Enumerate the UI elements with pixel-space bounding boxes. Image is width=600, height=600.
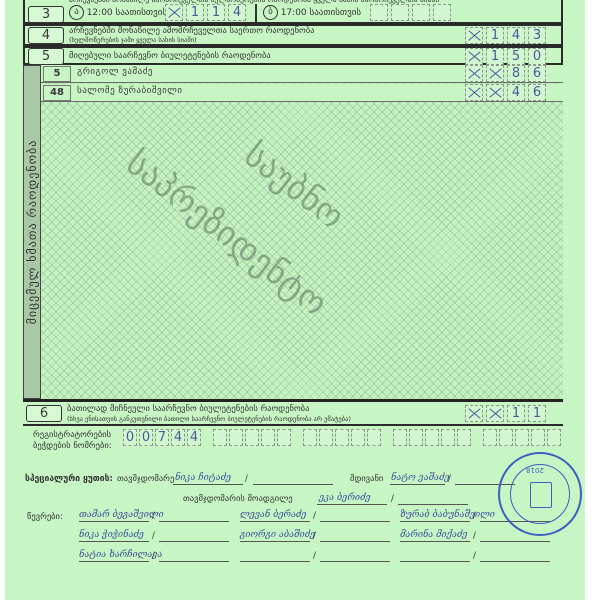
digit-cell[interactable]: 7 — [155, 429, 169, 446]
member-name: თამარ ბეგაშვილი — [79, 510, 164, 520]
row-4: 4 არჩევნებში მონაწილე ამომრჩეველთა საერთ… — [23, 24, 563, 46]
digit-cell[interactable] — [457, 429, 471, 446]
row-3-a: ა 12:00 საათისთვის — [69, 5, 167, 20]
signature-line — [480, 561, 550, 562]
signature-line — [400, 541, 470, 542]
stamp-number-group — [483, 429, 561, 446]
slash: / — [313, 511, 316, 521]
slash: / — [473, 551, 476, 561]
signature-line — [79, 561, 149, 562]
digit-cell[interactable]: 4 — [507, 84, 525, 101]
digit-cell[interactable]: 1 — [486, 27, 504, 44]
digit-cell[interactable] — [465, 27, 483, 44]
digit-cell[interactable] — [441, 429, 455, 446]
digit-cell[interactable] — [515, 429, 529, 446]
registrars-label-line1: რეგისტრატორების — [33, 430, 112, 441]
signature-line — [240, 541, 310, 542]
digit-cell[interactable] — [351, 429, 365, 446]
member-name: ნიკა ჭიჭინაძე — [79, 530, 144, 540]
row-3: 3 არჩევნებში მონაწილე ამომრჩეველთა ხელმო… — [23, 0, 563, 24]
slash: / — [473, 511, 476, 521]
candidate-number: 48 — [43, 85, 71, 101]
row-6-label: ბათილად მიჩნეული საარჩევნო ბიულეტენების … — [67, 404, 309, 414]
signature-line — [400, 521, 470, 522]
digit-cell[interactable] — [229, 429, 243, 446]
row-number: 3 — [28, 6, 64, 23]
registrar-stamp-numbers: 00744 — [123, 429, 561, 446]
digit-cell[interactable]: 3 — [528, 27, 546, 44]
slash: / — [391, 494, 394, 504]
digit-cell[interactable] — [261, 429, 275, 446]
signature-line — [398, 504, 468, 505]
row-6: 6 ბათილად მიჩნეული საარჩევნო ბიულეტენები… — [23, 404, 563, 426]
divider — [255, 4, 257, 22]
slash: / — [473, 531, 476, 541]
member-name: ნატია ხარჩილავა — [79, 550, 162, 560]
stamp-year: 2018 — [526, 466, 544, 474]
slash: / — [313, 531, 316, 541]
digit-cell[interactable] — [486, 84, 504, 101]
digit-cell[interactable]: 0 — [123, 429, 137, 446]
marker-b: ბ — [263, 5, 278, 20]
digit-cell[interactable] — [425, 429, 439, 446]
time-17-label: 17:00 საათისთვის — [281, 8, 361, 18]
row-4-label: არჩევნებში მონაწილე ამომრჩეველთა საერთო … — [69, 26, 314, 36]
votes-vertical-label: მიცემულ ხმათა რაოდენობა — [23, 65, 41, 399]
slash: / — [152, 531, 155, 541]
candidate-name: სალომე ზურაბიშვილი — [77, 86, 183, 96]
digit-cell[interactable] — [547, 429, 561, 446]
candidate-votes: 4 6 — [465, 84, 546, 101]
signature-line — [79, 541, 149, 542]
digit-cell[interactable]: 4 — [507, 27, 525, 44]
secretary-label: მდივანი — [350, 474, 383, 484]
row-6-digits: 1 1 — [465, 405, 546, 422]
digit-cell[interactable] — [393, 429, 407, 446]
digit-cell[interactable] — [433, 4, 451, 21]
slash: / — [448, 474, 451, 484]
row-3-b-digits — [370, 4, 451, 21]
digit-cell[interactable] — [245, 429, 259, 446]
official-stamp: 2018 — [498, 452, 582, 536]
candidates-area: საპრეზიდენტო საუბნო 5 გრიგოლ ვაშაძე 8 6 … — [41, 65, 563, 399]
candidate-row: 48 სალომე ზურაბიშვილი 4 6 — [41, 84, 563, 102]
digit-cell[interactable] — [412, 4, 430, 21]
chair-name: ნიკა ჩიტაძე — [175, 473, 231, 483]
digit-cell[interactable] — [465, 84, 483, 101]
row-3-a-digits: 1 1 4 — [165, 4, 246, 21]
digit-cell[interactable] — [213, 429, 227, 446]
signature-line — [159, 561, 229, 562]
stamp-number-group: 00744 — [123, 429, 201, 446]
digit-cell[interactable]: 6 — [528, 65, 546, 82]
digit-cell[interactable] — [465, 405, 483, 422]
stamp-number-group — [213, 429, 291, 446]
digit-cell[interactable] — [367, 429, 381, 446]
digit-cell[interactable]: 1 — [507, 405, 525, 422]
registrars-label-line2: ბეჭდების ნომრები: — [33, 441, 112, 452]
secretary-name: ნატო ვაშაძე — [391, 473, 449, 483]
signature-line — [317, 504, 387, 505]
digit-cell[interactable]: 5 — [507, 48, 525, 65]
digit-cell[interactable]: 1 — [486, 48, 504, 65]
slash: / — [152, 551, 155, 561]
vertical-label-text: მიცემულ ხმათა რაოდენობა — [25, 140, 39, 325]
row-number: 5 — [28, 48, 64, 65]
digit-cell[interactable] — [303, 429, 317, 446]
row-number: 4 — [28, 27, 64, 44]
signature-line — [159, 541, 229, 542]
row-number: 6 — [26, 405, 62, 422]
digit-cell[interactable] — [486, 405, 504, 422]
digit-cell[interactable]: 4 — [228, 4, 246, 21]
signature-line — [79, 521, 149, 522]
candidate-name: გრიგოლ ვაშაძე — [77, 67, 153, 77]
digit-cell[interactable] — [499, 429, 513, 446]
digit-cell[interactable]: 4 — [187, 429, 201, 446]
row-5: 5 მიღებული საარჩევნო ბიულეტენების რაოდენ… — [23, 46, 563, 66]
signature-line — [320, 521, 390, 522]
digit-cell[interactable] — [465, 65, 483, 82]
digit-cell[interactable]: 8 — [507, 65, 525, 82]
row-3-b: ბ 17:00 საათისთვის — [263, 5, 361, 20]
digit-cell[interactable]: 1 — [207, 4, 225, 21]
digit-cell[interactable] — [531, 429, 545, 446]
digit-cell[interactable] — [319, 429, 333, 446]
member-name: გიორგი აბაშიძე — [240, 530, 315, 540]
row-6-sublabel: (სხვა ენისათვის განკუთვნილი ბათილი საარჩ… — [67, 415, 351, 423]
stamp-number-group — [393, 429, 471, 446]
signature-line — [320, 541, 390, 542]
row-4-digits: 1 4 3 — [465, 27, 546, 44]
digit-cell[interactable] — [483, 429, 497, 446]
candidate-row: 5 გრიგოლ ვაშაძე 8 6 — [41, 65, 563, 83]
row-4-sublabel: (ხელმოწერების ჯამი ყველა სახის სიაში) — [69, 36, 197, 44]
digit-cell[interactable] — [335, 429, 349, 446]
members-label: წევრები: — [27, 512, 63, 522]
signature-line — [400, 561, 470, 562]
row-5-digits: 1 5 0 — [465, 48, 546, 65]
deputy-label: თავმჯდომარის მოადგილე — [183, 494, 293, 504]
signature-line — [480, 541, 550, 542]
digit-cell[interactable] — [165, 4, 183, 21]
member-name: ზურაბ ბაბუნაშვილი — [400, 510, 495, 520]
slash: / — [245, 474, 248, 484]
time-12-label: 12:00 საათისთვის — [87, 8, 167, 18]
marker-a: ა — [69, 5, 84, 20]
row-5-label: მიღებული საარჩევნო ბიულეტენების რაოდენობ… — [69, 51, 271, 61]
coat-of-arms-icon — [530, 482, 552, 508]
signature-line — [240, 561, 310, 562]
digit-cell[interactable]: 0 — [139, 429, 153, 446]
digit-cell[interactable] — [486, 65, 504, 82]
stamp-number-group — [303, 429, 381, 446]
digit-cell[interactable] — [391, 4, 409, 21]
slash: / — [313, 551, 316, 561]
signature-line — [173, 484, 243, 485]
slash: / — [152, 511, 155, 521]
candidate-votes: 8 6 — [465, 65, 546, 82]
digit-cell[interactable]: 4 — [171, 429, 185, 446]
digit-cell[interactable] — [277, 429, 291, 446]
digit-cell[interactable]: 1 — [186, 4, 204, 21]
signature-line — [253, 484, 333, 485]
digit-cell[interactable] — [465, 48, 483, 65]
signature-line — [159, 521, 229, 522]
signature-line — [240, 521, 310, 522]
section-divider — [23, 399, 563, 402]
digit-cell[interactable]: 1 — [528, 405, 546, 422]
member-name: ლევან ბერაძე — [240, 510, 306, 520]
digit-cell[interactable] — [409, 429, 423, 446]
registrars-label: რეგისტრატორების ბეჭდების ნომრები: — [33, 430, 112, 452]
chair-label: თავმჯდომარე — [117, 474, 174, 484]
digit-cell[interactable] — [370, 4, 388, 21]
signature-line — [390, 484, 445, 485]
signature-line — [320, 561, 390, 562]
digit-cell[interactable]: 0 — [528, 48, 546, 65]
commission-title: სპეციალური ყუთის: — [25, 474, 113, 484]
digit-cell[interactable]: 6 — [528, 84, 546, 101]
deputy-name: ეკა ბერიძე — [319, 493, 370, 503]
member-name: მარინა მიქაძე — [400, 530, 467, 540]
watermark-precinct: საუბნო — [236, 135, 351, 237]
candidate-number: 5 — [43, 66, 71, 82]
protocol-sheet: 3 არჩევნებში მონაწილე ამომრჩეველთა ხელმო… — [5, 0, 585, 600]
